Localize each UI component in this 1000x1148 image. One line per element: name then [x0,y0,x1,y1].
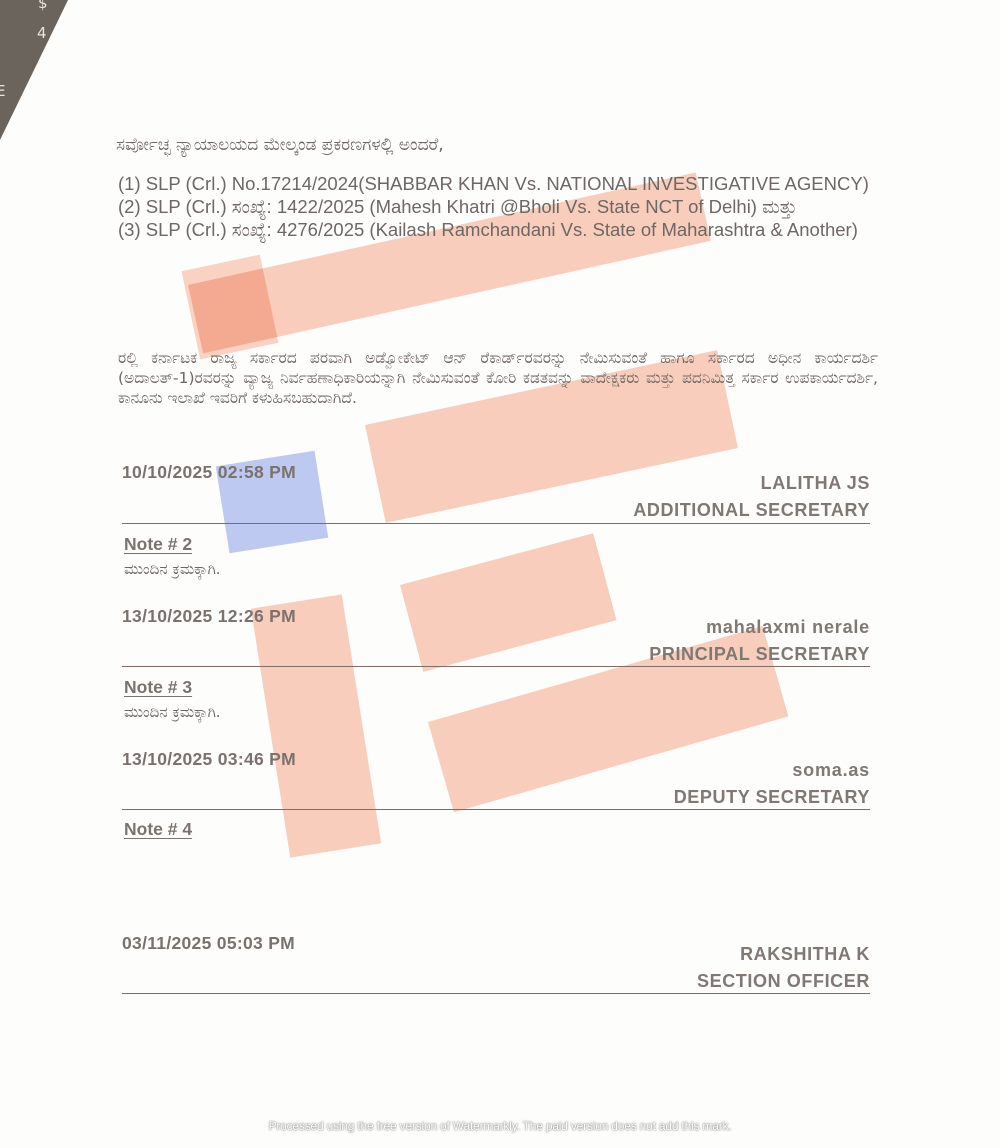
signer-name: mahalaxmi nerale [649,614,870,641]
separator-line [122,993,870,994]
note-label: Note # 4 [124,819,202,840]
signer-block: soma.as DEPUTY SECRETARY [674,757,870,811]
signer-block: LALITHA JS ADDITIONAL SECRETARY [633,470,870,524]
document-page: ಸರ್ವೋಚ್ಛ ನ್ಯಾಯಾಲಯದ ಮೇಲ್ಕಂಡ ಪ್ರಕರಣಗಳಲ್ಲಿ … [0,0,1000,1148]
signer-name: LALITHA JS [633,470,870,497]
signer-name: RAKSHITHA K [697,941,870,968]
signer-designation: SECTION OFFICER [697,968,870,995]
note-label: Note # 2 [124,534,202,555]
body-paragraph: ರಲ್ಲಿ ಕರ್ನಾಟಕ ರಾಜ್ಯ ಸರ್ಕಾರದ ಪರವಾಗಿ ಅಡ್ವೋ… [118,348,878,408]
entry-timestamp: 03/11/2025 05:03 PM [122,933,295,954]
entry-timestamp: 13/10/2025 12:26 PM [122,606,296,627]
case-item: (2) SLP (Crl.) ಸಂಖ್ಯೆ: 1422/2025 (Mahesh… [118,195,878,218]
note-label: Note # 3 [124,677,202,698]
signer-block: RAKSHITHA K SECTION OFFICER [697,941,870,995]
signer-designation: ADDITIONAL SECRETARY [633,497,870,524]
signer-block: mahalaxmi nerale PRINCIPAL SECRETARY [649,614,870,668]
entry-timestamp: 10/10/2025 02:58 PM [122,462,296,483]
separator-line [122,809,870,810]
note-text: ಮುಂದಿನ ಕ್ರಮಕ್ಕಾಗಿ. [124,703,221,721]
case-list: (1) SLP (Crl.) No.17214/2024(SHABBAR KHA… [118,172,878,241]
signer-designation: DEPUTY SECRETARY [674,784,870,811]
case-item: (3) SLP (Crl.) ಸಂಖ್ಯೆ: 4276/2025 (Kailas… [118,218,878,241]
entry-timestamp: 13/10/2025 03:46 PM [122,749,296,770]
separator-line [122,523,870,524]
document-heading: ಸರ್ವೋಚ್ಛ ನ್ಯಾಯಾಲಯದ ಮೇಲ್ಕಂಡ ಪ್ರಕರಣಗಳಲ್ಲಿ … [116,135,444,155]
signer-designation: PRINCIPAL SECRETARY [649,641,870,668]
separator-line [122,666,870,667]
signer-name: soma.as [674,757,870,784]
footer-watermark-text: Processed using the free version of Wate… [0,1119,1000,1133]
note-text: ಮುಂದಿನ ಕ್ರಮಕ್ಕಾಗಿ. [124,560,221,578]
case-item: (1) SLP (Crl.) No.17214/2024(SHABBAR KHA… [118,172,878,195]
